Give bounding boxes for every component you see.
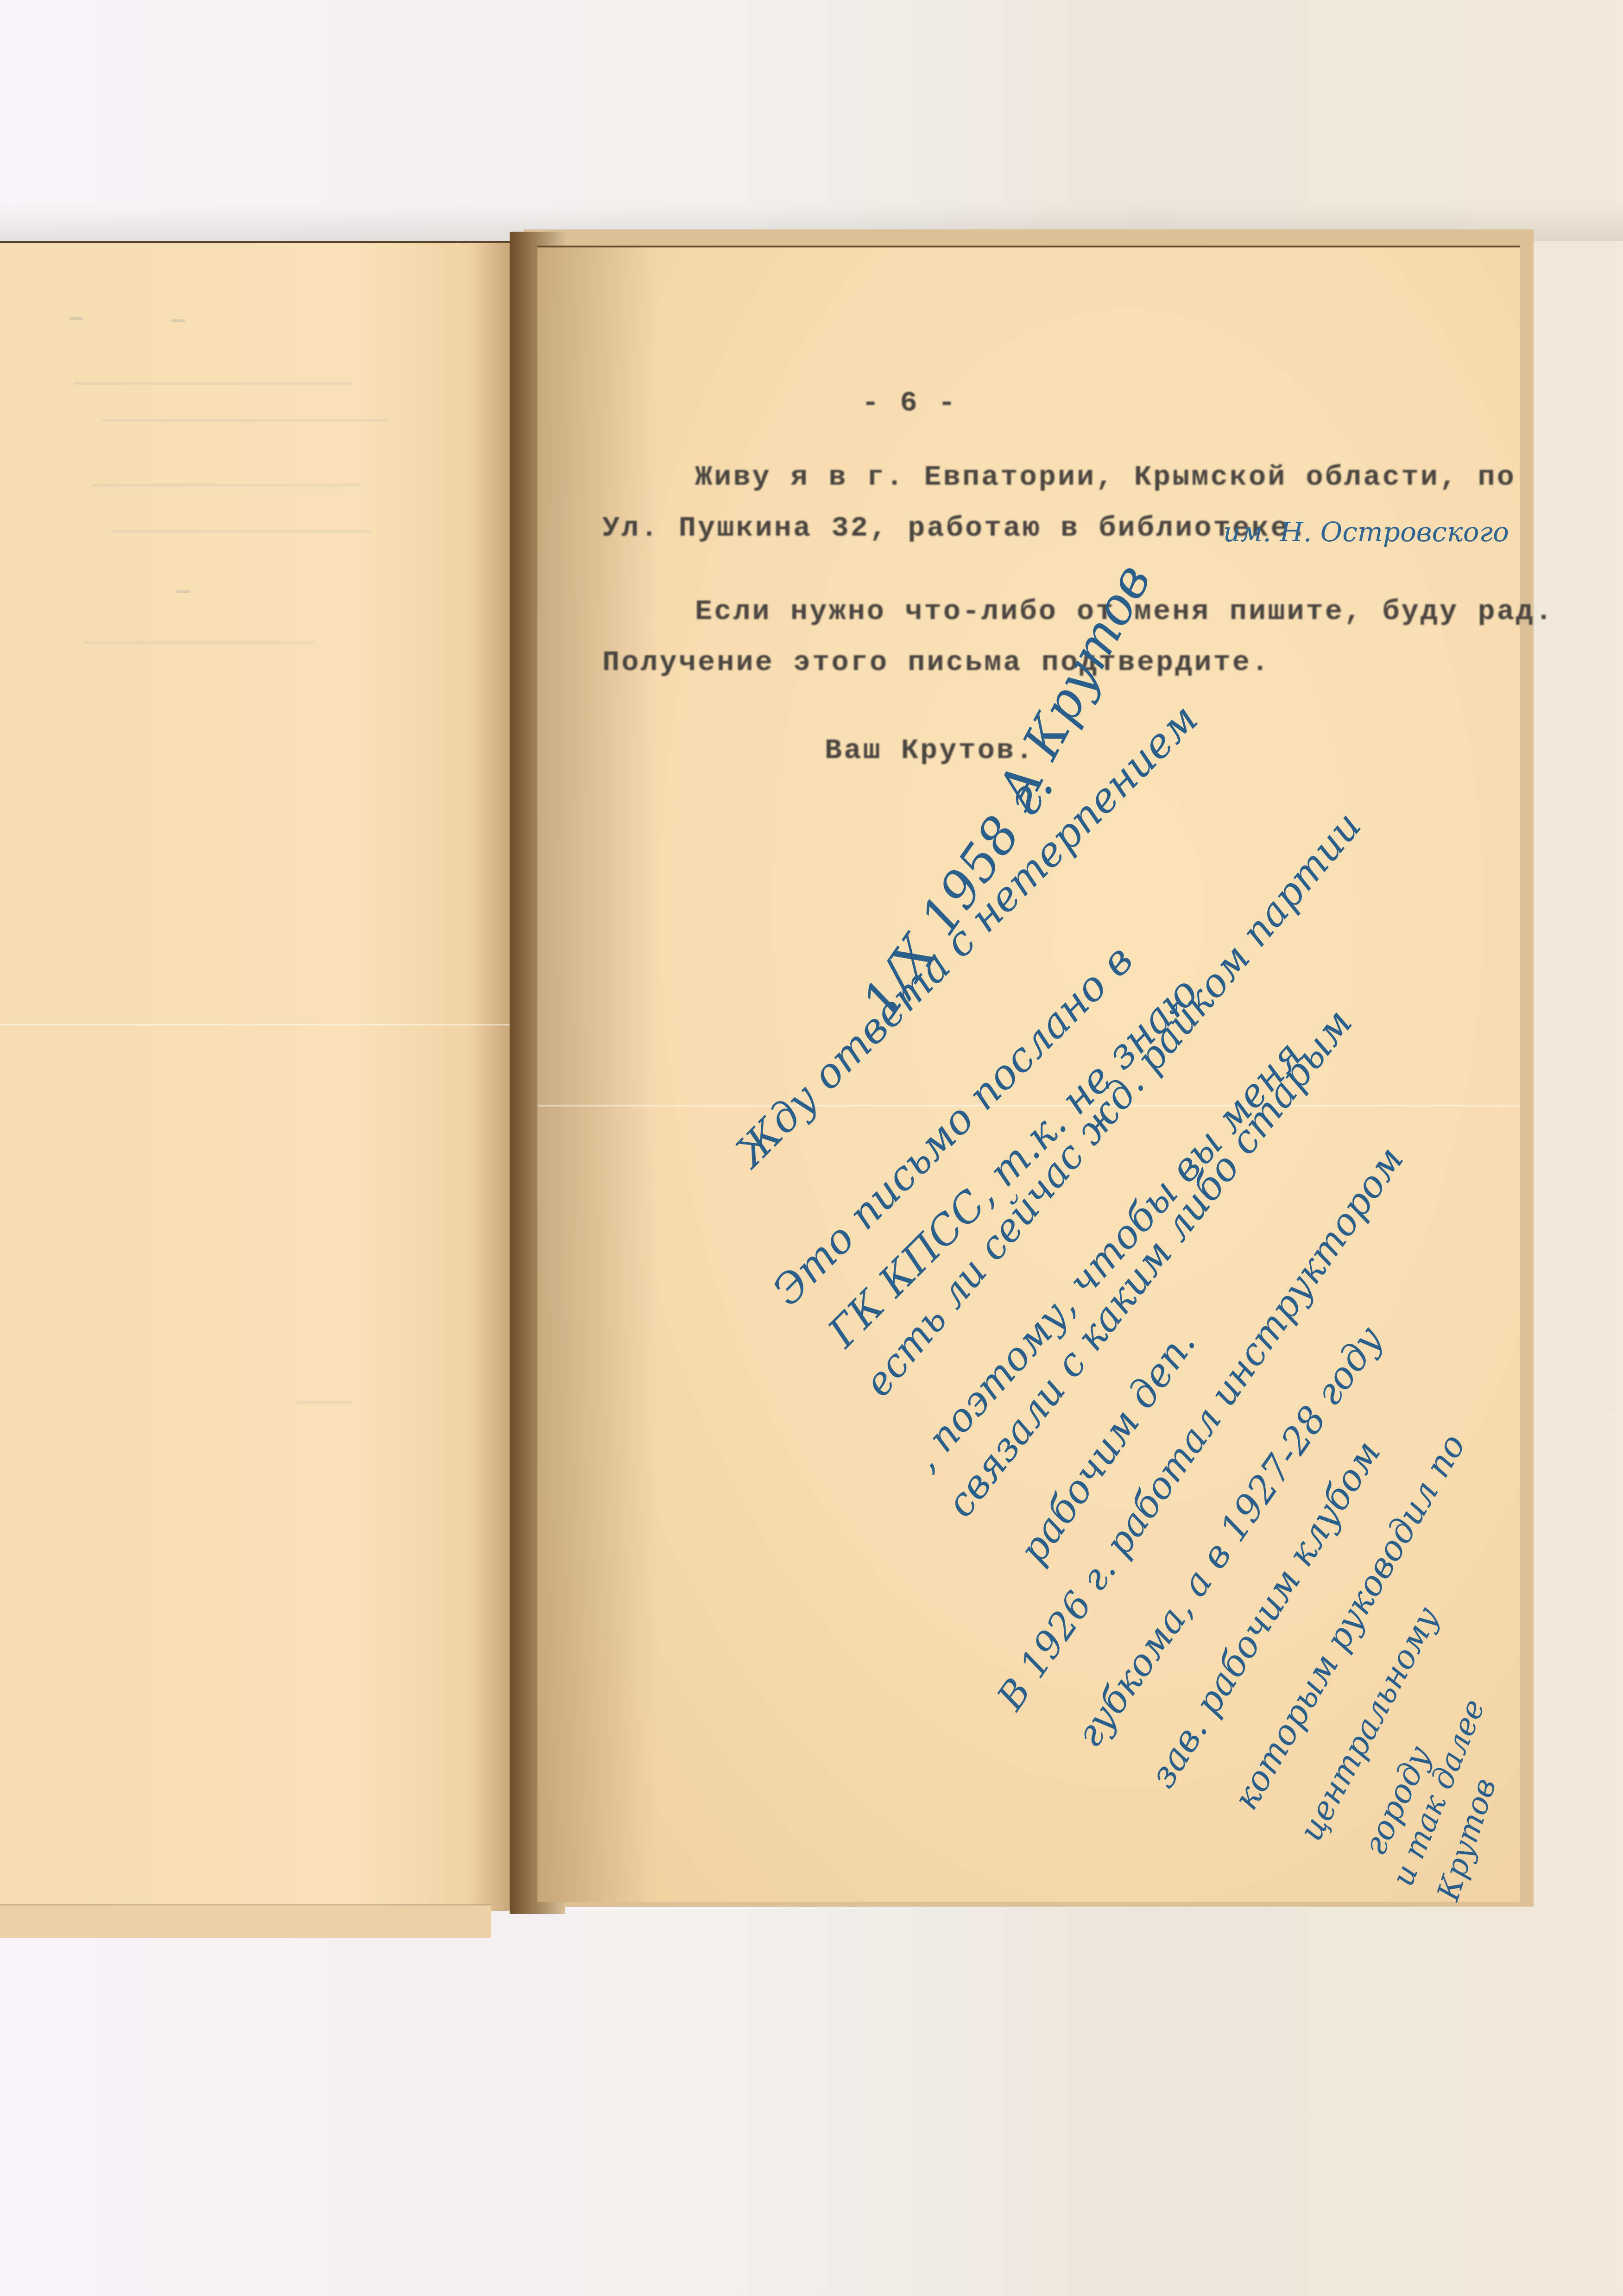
typed-line-4: Получение этого письма подтвердите. — [602, 646, 1270, 679]
show-through-mark — [171, 319, 185, 322]
left-page — [0, 241, 510, 1911]
left-page-fold-crease — [0, 1024, 510, 1025]
show-through-line — [74, 382, 352, 385]
handwritten-library-name: им. Н. Островского — [1223, 516, 1509, 548]
show-through-line — [83, 641, 315, 644]
typed-line-1: Живу я в г. Евпатории, Крымской области,… — [695, 461, 1516, 493]
gutter-shadow — [537, 247, 658, 1902]
left-page-bottom-edge — [0, 1904, 491, 1938]
show-through-line — [102, 419, 389, 422]
right-page-fold-crease — [537, 1105, 1520, 1107]
show-through-line — [297, 1401, 352, 1404]
show-through-line — [111, 530, 371, 533]
page-number: - 6 - — [862, 386, 957, 419]
typed-line-2: Ул. Пушкина 32, работаю в библиотеке. — [602, 512, 1309, 544]
show-through-mark — [69, 317, 83, 320]
show-through-mark — [176, 590, 190, 593]
right-page: - 6 - Живу я в г. Евпатории, Крымской об… — [537, 246, 1520, 1902]
show-through-line — [93, 484, 361, 487]
